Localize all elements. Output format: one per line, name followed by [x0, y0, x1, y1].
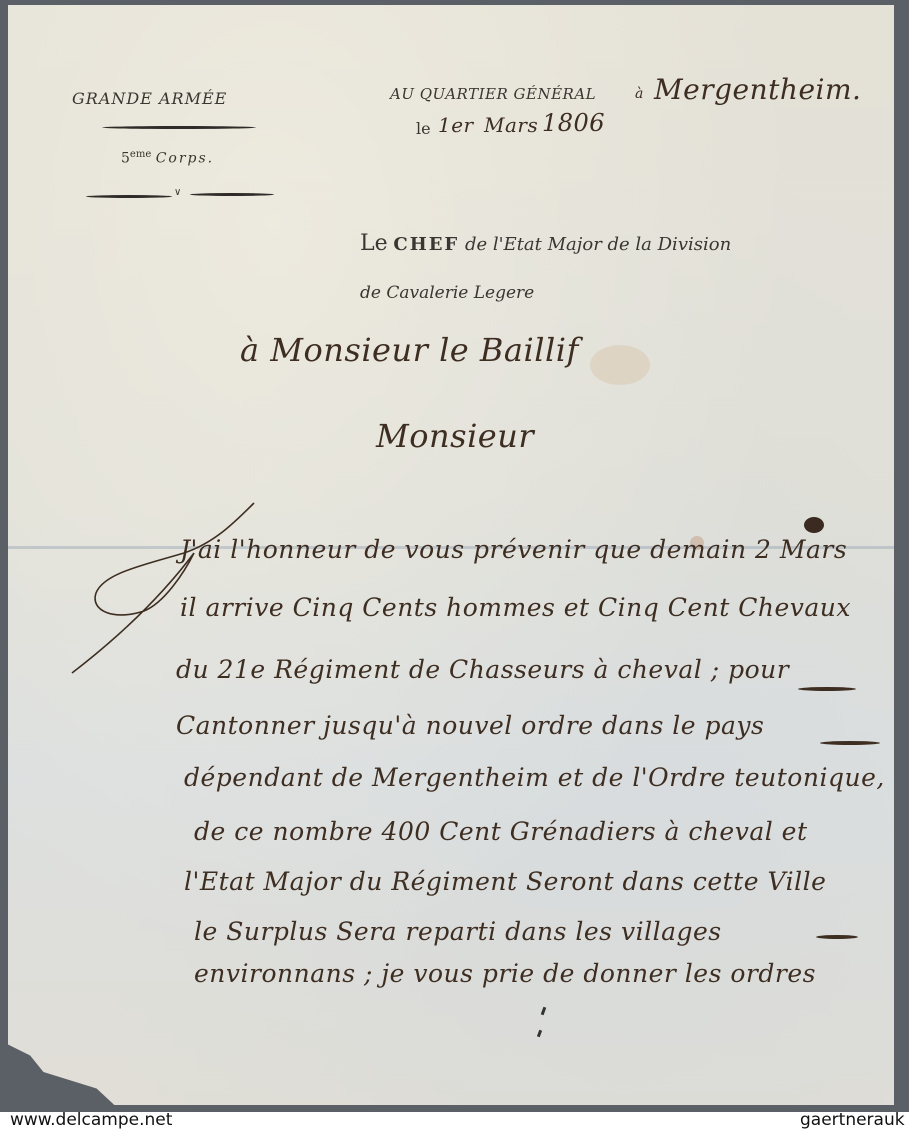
sender-rest: de l'Etat Major de la Division	[465, 234, 731, 255]
body-line: de ce nombre 400 Cent Grénadiers à cheva…	[194, 817, 808, 846]
letterhead-ornament-chevron: ∨	[174, 187, 181, 198]
letterhead-rule	[102, 126, 256, 129]
line-filler-flourish	[798, 687, 856, 691]
watermark-delcampe: www.delcampe.net	[10, 1110, 172, 1130]
pen-mark	[541, 1007, 547, 1016]
recipient-address: à Monsieur le Baillif	[240, 331, 579, 369]
letterhead-ornament-left	[86, 195, 172, 198]
line-filler-flourish	[820, 741, 880, 745]
corps-suffix: eme	[130, 149, 151, 160]
letterhead-ornament-right	[190, 193, 274, 196]
ink-blot	[804, 517, 824, 533]
letter-page: GRANDE ARMÉE 5eme Corps. ∨ AU QUARTIER G…	[8, 5, 894, 1105]
sender-title: Le CHEF de l'Etat Major de la Division	[360, 231, 731, 256]
sender-chef: CHEF	[393, 234, 459, 255]
salutation: Monsieur	[376, 417, 534, 455]
watermark-gaertner: gaertnerauk	[800, 1110, 905, 1130]
headquarters-place: Mergentheim.	[654, 73, 861, 106]
date-month: Mars	[484, 113, 538, 137]
letterhead-army: GRANDE ARMÉE	[72, 89, 227, 108]
body-line: l'Etat Major du Régiment Seront dans cet…	[184, 867, 826, 896]
body-line: environnans ; je vous prie de donner les…	[194, 959, 816, 988]
corps-label: Corps.	[156, 151, 214, 167]
body-line: dépendant de Mergentheim et de l'Ordre t…	[184, 763, 885, 792]
date-year: 1806	[542, 109, 605, 137]
letterhead-corps: 5eme Corps.	[121, 149, 214, 167]
date-prefix: le	[416, 119, 431, 138]
date-day: 1er	[438, 113, 474, 137]
line-filler-flourish	[816, 935, 858, 939]
sender-division: de Cavalerie Legere	[360, 283, 534, 303]
headquarters-place-prefix: à	[635, 86, 644, 102]
pen-mark	[537, 1030, 542, 1038]
body-line: Cantonner jusqu'à nouvel ordre dans le p…	[176, 711, 764, 740]
foxing-stain	[590, 345, 650, 385]
body-line: le Surplus Sera reparti dans les village…	[194, 917, 722, 946]
corps-ordinal: 5	[121, 151, 130, 167]
initial-j-flourish	[64, 493, 284, 693]
sender-le: Le	[360, 231, 388, 256]
headquarters-label: AU QUARTIER GÉNÉRAL	[390, 85, 596, 103]
